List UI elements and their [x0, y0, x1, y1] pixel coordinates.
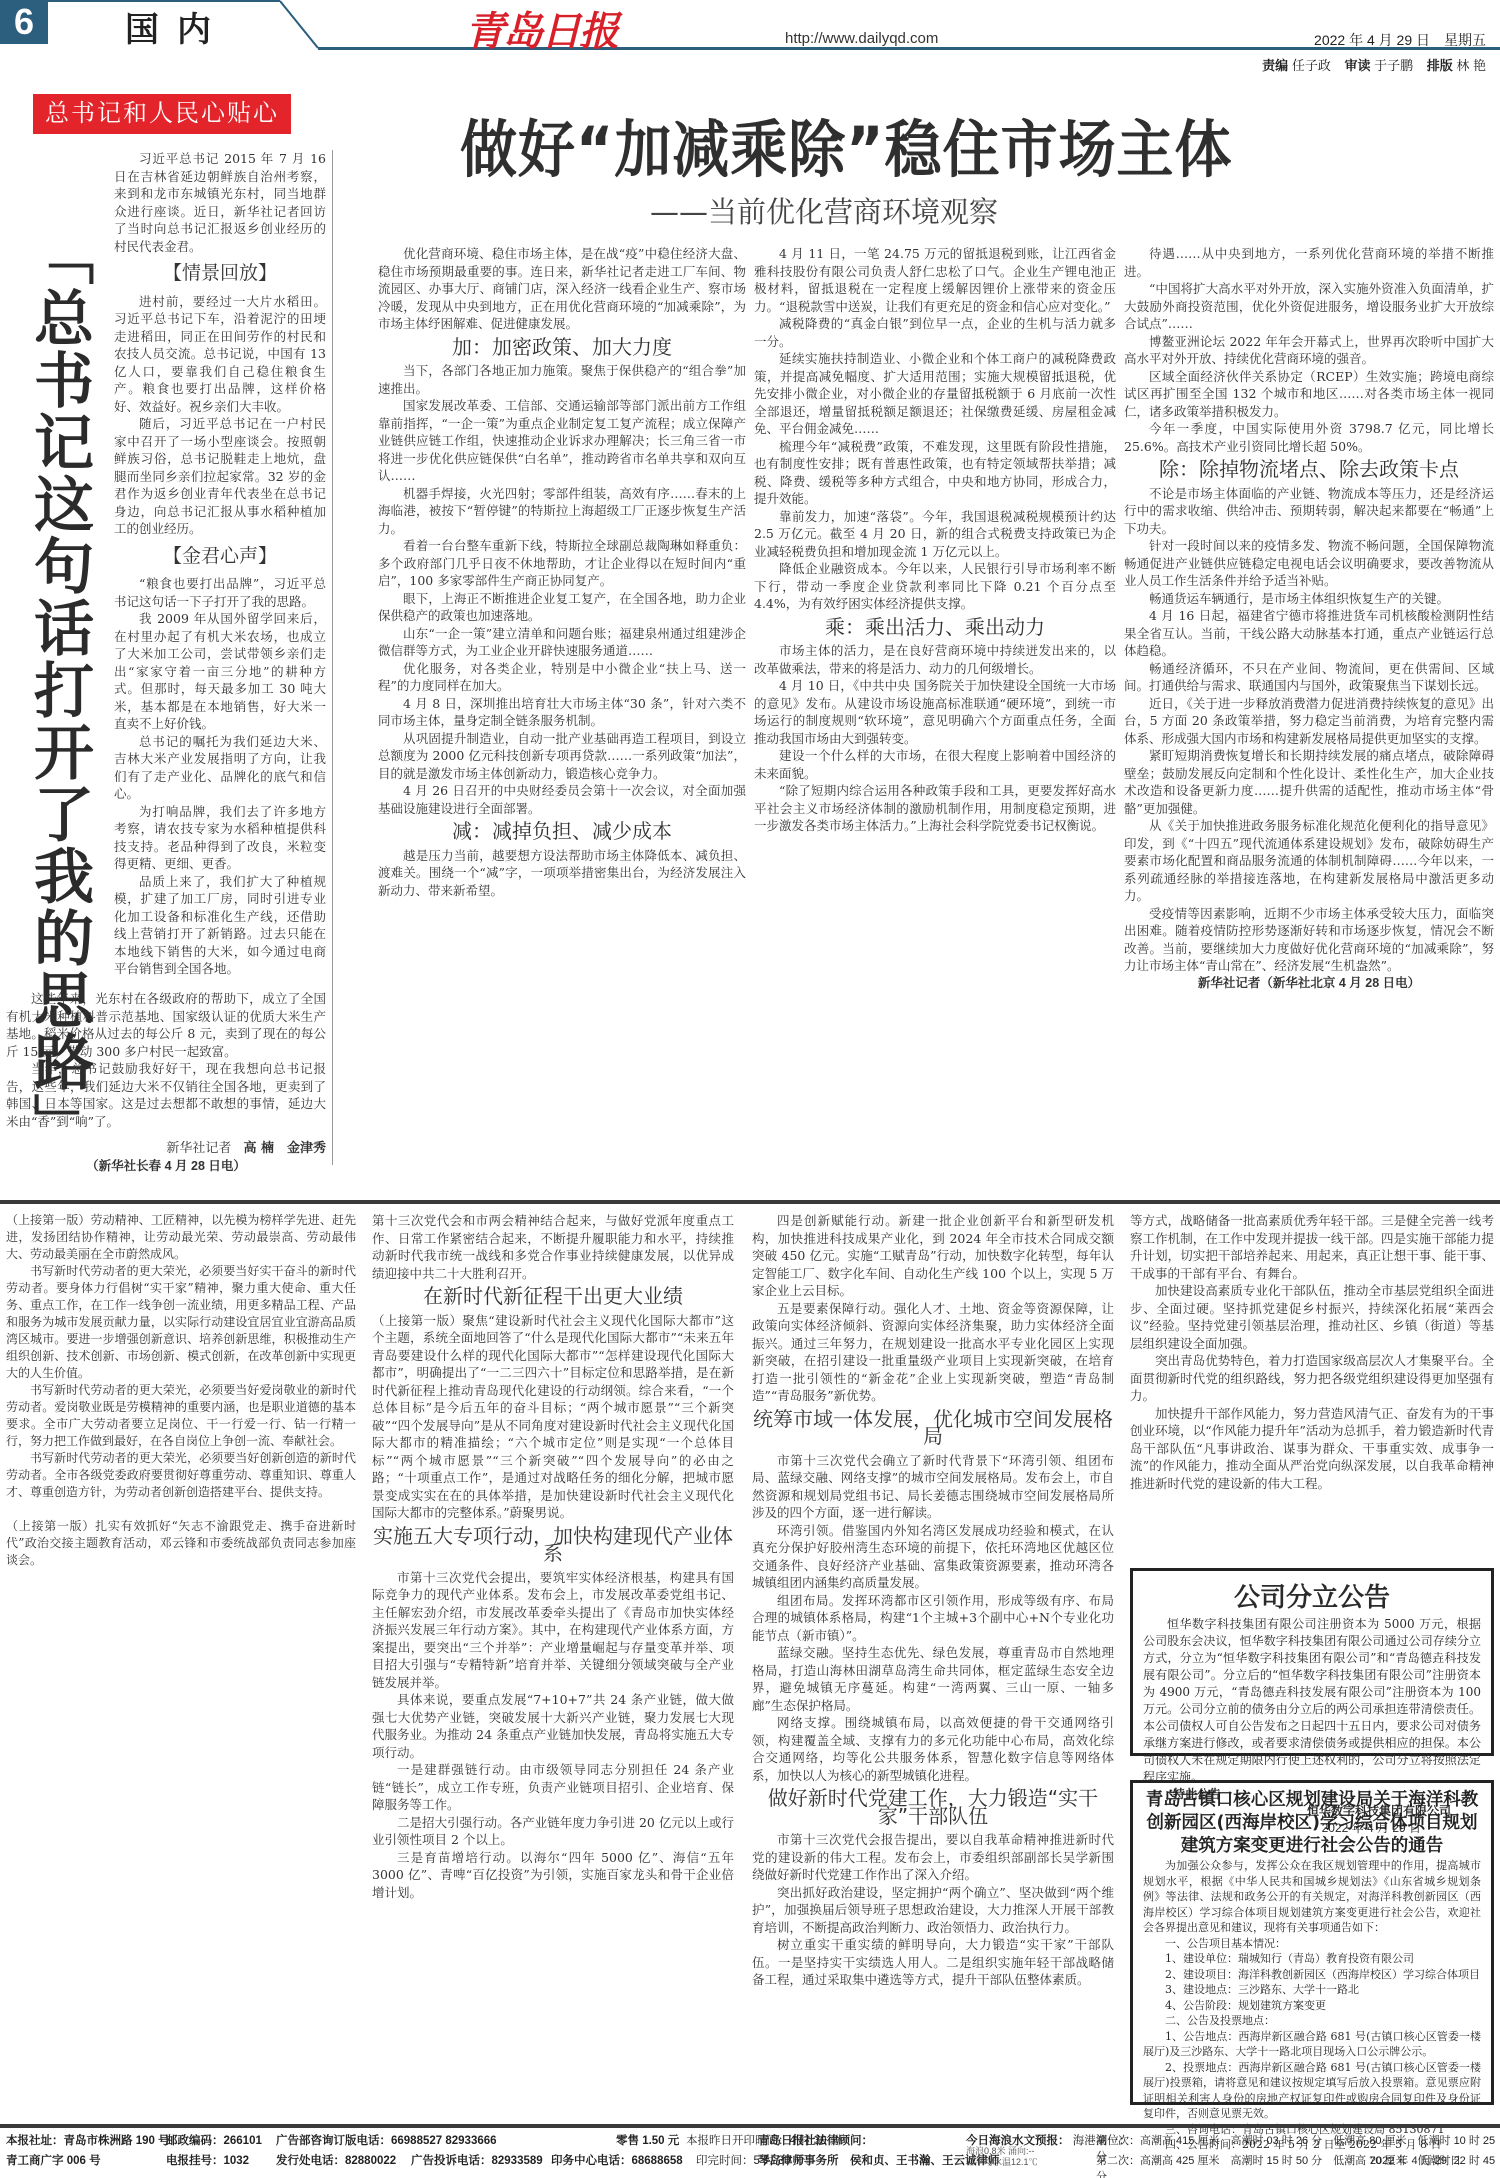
paragraph: 二是招大引强行动。各产业链年度力争引进 20 亿元以上或行业引领性项目 2 个以… [372, 1814, 734, 1849]
paragraph: 待遇……从中央到地方，一系列优化营商环境的举措不断推进。 [1124, 245, 1494, 280]
paragraph: 山东“一企一策”建立清单和问题台账；福建泉州通过组建涉企微信群等方式，为工业企业… [378, 625, 746, 660]
layout-name: 林 艳 [1456, 58, 1486, 73]
paragraph: 畅通货运车辆通行，是市场主体组织恢复生产的关键。 [1124, 590, 1494, 608]
page-number: 6 [0, 0, 48, 44]
paragraph: 组团布局。发挥环湾都市区引领作用，形成等级有序、布局合理的城镇体系格局，构建“1… [752, 1592, 1114, 1645]
footer-legal-label: 青岛日报社法律顾问： [758, 2135, 873, 2147]
paragraph: “中国将扩大高水平对外开放，深入实施外资准入负面清单，扩大鼓励外商投资范围，优化… [1124, 280, 1494, 333]
reviewer-name: 于子鹏 [1374, 58, 1413, 73]
lower-col-1: （上接第一版）劳动精神、工匠精神，以先模为榜样学先进、赶先进，发扬团结协作精神，… [6, 1212, 356, 1569]
subheading: 统筹市域一体发展，优化城市空间发展格局 [752, 1411, 1114, 1446]
paragraph: 蓝绿交融。坚持生态优先、绿色发展，尊重青岛市自然地理格局，打造山海林田湖草岛湾生… [752, 1644, 1114, 1714]
footer-printing-phone: 印务中心电话：68688658 [551, 2155, 683, 2167]
paragraph: 书写新时代劳动者的更大荣光，必须要当好爱岗敬业的新时代劳动者。爱岗敬业既是劳模精… [6, 1382, 356, 1450]
feature-section2-title: 【金君心声】 [114, 548, 326, 566]
paragraph: 畅通经济循环，不只在产业间、物流间，更在供需间、区域间。打通供给与需求、联通国内… [1124, 660, 1494, 695]
footer-postcode: 邮政编码：266101 [166, 2135, 262, 2147]
planning-notice: 青岛古镇口核心区规划建设局关于海洋科教创新园区(西海岸校区)学习综合体项目规划建… [1130, 1780, 1494, 2105]
paragraph: “粮食也要打出品牌”，习近平总书记这句话一下子打开了我的思路。 [114, 575, 326, 610]
newspaper-logo: 青岛日报 [465, 0, 617, 57]
paragraph: 紧盯短期消费恢复增长和长期持续发展的痛点堵点，破除障碍壁垒；鼓励发展反向定制和个… [1124, 747, 1494, 817]
paragraph: 减税降费的“真金白银”到位早一点，企业的生机与活力就多一分。 [754, 315, 1116, 350]
notice-intro: 为加强公众参与，发挥公众在我区规划管理中的作用，提高城市规划水平，根据《中华人民… [1143, 1858, 1481, 1936]
notice-item: 1、公告地点：西海岸新区融合路 681 号(古镇口核心区管委一楼展厅)及三沙路东… [1143, 2029, 1481, 2060]
main-subheadline: ——当前优化营商环境观察 [650, 190, 998, 231]
paragraph: 区域全面经济伙伴关系协定（RCEP）生效实施；跨境电商综试区再扩围至全国 132… [1124, 368, 1494, 421]
paragraph: 突出抓好政治建设，坚定拥护“两个确立”、坚决做到“两个维护”，加强换届后领导班子… [752, 1884, 1114, 1937]
paragraph: 市第十三次党代会确立了新时代背景下“环湾引领、组团布局、蓝绿交融、网络支撑”的城… [752, 1452, 1114, 1522]
notice-item: 4、公告阶段：规划建筑方案变更 [1143, 1998, 1481, 2014]
paragraph: 树立重实干重实绩的鲜明导向，大力锻造“实干家”干部队伍。一是坚持实干实绩选人用人… [752, 1936, 1114, 1989]
website-url[interactable]: http://www.dailyqd.com [785, 30, 938, 47]
paragraph: 进村前，要经过一大片水稻田。习近平总书记下车，沿着泥泞的田埂走进稻田，同正在田间… [114, 293, 326, 416]
paragraph: 书写新时代劳动者的更大荣光，必须要当好创新创造的新时代劳动者。全市各级党委政府要… [6, 1450, 356, 1501]
notice-title: 青岛古镇口核心区规划建设局关于海洋科教创新园区(西海岸校区)学习综合体项目规划建… [1143, 1789, 1481, 1858]
paragraph: 为打响品牌，我们去了许多地方考察，请农技专家为水稻种植提供科技支持。老品种得到了… [114, 803, 326, 873]
paragraph: 看着一台台整车重新下线，特斯拉全球副总裁陶琳如释重负：多个政府部门几乎日夜不休地… [378, 537, 746, 590]
paragraph: 梳理今年“减税费”政策，不难发现，这里既有阶段性措施，也有制度性安排；既有普惠性… [754, 438, 1116, 508]
paragraph: 第十三次党代会和市两会精神结合起来，与做好党派年度重点工作、日常工作紧密结合起来… [372, 1212, 734, 1282]
paragraph: 针对一段时间以来的疫情多发、物流不畅问题，全国保障物流畅通促进产业链供应链稳定电… [1124, 537, 1494, 590]
paragraph: 今年一季度，中国实际使用外资 3798.7 亿元，同比增长 25.6%。高技术产… [1124, 420, 1494, 455]
paragraph: 书写新时代劳动者的更大荣光，必须要当好实干奋斗的新时代劳动者。要身体力行倡树“实… [6, 1263, 356, 1382]
paragraph: 4 月 26 日召开的中央财经委员会第十一次会议，对全面加强基础设施建设进行全面… [378, 782, 746, 817]
main-headline: 做好“加减乘除”稳住市场主体 [460, 100, 1232, 189]
paragraph: 我 2009 年从国外留学回来后，在村里办起了有机大米农场，也成立了大米加工公司… [114, 610, 326, 733]
paragraph: 当下，各部门各地正加力施策。聚焦于保供稳产的“组合拳”加速推出。 [378, 362, 746, 397]
paragraph: 当年，总书记鼓励我好好干，现在我想向总书记报告，这些年，我们延边大米不仅销往全国… [6, 1060, 326, 1130]
feature-intro: 习近平总书记 2015 年 7 月 16 日在吉林省延边朝鲜族自治州考察，来到和… [114, 150, 326, 255]
lower-col-4: 等方式，战略储备一批高素质优秀年轻干部。三是健全完善一线考察工作机制，在工作中发… [1130, 1212, 1494, 1492]
column-tag: 总书记和人民心贴心 [33, 94, 291, 134]
paragraph: （上接第一版）劳动精神、工匠精神，以先模为榜样学先进、赶先进，发扬团结协作精神，… [6, 1212, 356, 1263]
feature-body-bottom: 这些年来，光东村在各级政府的帮助下，成立了全国有机大米种植科普示范基地、国家级认… [6, 990, 326, 1175]
paragraph: 降低企业融资成本。今年以来，人民银行引导市场利率不断下行，带动一季度企业贷款利率… [754, 560, 1116, 613]
paragraph: 机器手焊接，火光四射；零部件组装，高效有序……春末的上海临港，被按下“暂停键”的… [378, 485, 746, 538]
footer-telegraph: 电报挂号：1032 [166, 2155, 249, 2167]
reviewer-label: 审读 [1344, 58, 1370, 73]
paragraph: 环湾引领。借鉴国内外知名湾区发展成功经验和模式，在认真充分保护好胶州湾生态环境的… [752, 1522, 1114, 1592]
notice-item: 2、投票地点：西海岸新区融合路 681 号(古镇口核心区管委一楼展厅)投票箱，请… [1143, 2060, 1481, 2122]
paragraph: 从《关于加快推进政务服务标准化规范化便利化的指导意见》印发，到《“十四五”现代流… [1124, 817, 1494, 905]
paragraph: 国家发展改革委、工信部、交通运输部等部门派出前方工作组靠前指挥，“一企一策”为重… [378, 397, 746, 485]
subheading: 在新时代新征程干出更大业绩 [372, 1288, 734, 1306]
paragraph: 越是压力当前，越要想方设法帮助市场主体降低本、减负担、渡难关。围绕一个“减”字，… [378, 847, 746, 900]
feature-section1-title: 【情景回放】 [114, 265, 326, 283]
footer-distribution-phone: 发行处电话：82880022 [276, 2155, 396, 2167]
paragraph: 眼下，上海正不断推进企业复工复产，在全国各地，助力企业保供稳产的政策也加速落地。 [378, 590, 746, 625]
editor-name: 任子政 [1292, 58, 1331, 73]
subheading: 实施五大专项行动，加快构建现代产业体系 [372, 1528, 734, 1563]
paragraph: 加快提升干部作风能力，努力营造风清气正、奋发有为的干事创业环境，以“作风能力提升… [1130, 1405, 1494, 1493]
notice-body: 恒华数字科技集团有限公司注册资本为 5000 万元，根据公司股东会决议，恒华数字… [1143, 1616, 1481, 1786]
notice-item: 二、公告及投票地点： [1143, 2013, 1481, 2029]
paragraph: 近日，《关于进一步释放消费潜力促进消费持续恢复的意见》出台，5 方面 20 条政… [1124, 695, 1494, 748]
footer-water-temp: 日平均水温12.1℃ [966, 2157, 1038, 2168]
main-col-3: 待遇……从中央到地方，一系列优化营商环境的举措不断推进。 “中国将扩大高水平对外… [1124, 245, 1494, 992]
paragraph: 从巩固提升制造业，自动一批产业基础再造工程项目，到设立总额度为 2000 亿元科… [378, 730, 746, 783]
footer: 本报社址：青岛市株洲路 190 号 邮政编码：266101 广告部咨询订版电话：… [6, 2132, 1496, 2176]
paragraph: 三是育苗增培行动。以海尔“四年 5000 亿”、海信“五年 3000 亿”、青啤… [372, 1849, 734, 1902]
paragraph: 4 月 8 日，深圳推出培育壮大市场主体“30 条”，针对六类不同市场主体，量身… [378, 695, 746, 730]
footer-ad-phone: 广告部咨询订版电话：66988527 82933666 [276, 2135, 497, 2147]
paragraph: （上接第一版）聚焦“建设新时代社会主义现代化国际大都市”这个主题，系统全面地回答… [372, 1312, 734, 1522]
layout-label: 排版 [1427, 58, 1453, 73]
paragraph: 五是要素保障行动。强化人才、土地、资金等资源保障，让政策向实体经济倾斜、资源向实… [752, 1300, 1114, 1405]
paragraph: 延续实施扶持制造业、小微企业和个体工商户的减税降费政策，并提高减免幅度、扩大适用… [754, 350, 1116, 438]
notice-item: 1、建设单位：瑞城知行（青岛）教育投资有限公司 [1143, 1951, 1481, 1967]
lower-col-3: 四是创新赋能行动。新建一批企业创新平台和新型研发机构，加快推进科技成果产业化，到… [752, 1212, 1114, 1989]
notice-item: 一、公告项目基本情况： [1143, 1936, 1481, 1952]
subheading: 做好新时代党建工作，大力锻造“实干家”干部队伍 [752, 1790, 1114, 1825]
byline-label: 新华社记者 [166, 1141, 231, 1156]
paragraph: 突出青岛优势特色，着力打造国家级高层次人才集聚平台。全面贯彻新时代党的组织路线，… [1130, 1352, 1494, 1405]
paragraph: 博鳌亚洲论坛 2022 年年会开幕式上，世界再次聆听中国扩大高水平对外开放、持续… [1124, 333, 1494, 368]
notice-title: 公司分立公告 [1143, 1577, 1481, 1614]
main-col-2: 4 月 11 日，一笔 24.75 万元的留抵退税到账，让江西省金雅科技股份有限… [754, 245, 1116, 835]
section-title: 国内 [125, 2, 229, 51]
subheading-subtract: 减：减掉负担、减少成本 [378, 823, 746, 841]
notice-item: 3、建设地点：三沙路东、大学十一路北 [1143, 1982, 1481, 1998]
footer-divider [0, 2124, 1500, 2128]
company-split-notice: 公司分立公告 恒华数字科技集团有限公司注册资本为 5000 万元，根据公司股东会… [1130, 1568, 1494, 1756]
paragraph: 建设一个什么样的大市场，在很大程度上影响着中国经济的未来面貌。 [754, 747, 1116, 782]
lower-col-2: 第十三次党代会和市两会精神结合起来，与做好党派年度重点工作、日常工作紧密结合起来… [372, 1212, 734, 1901]
paragraph: 这些年来，光东村在各级政府的帮助下，成立了全国有机大米种植科普示范基地、国家级认… [6, 990, 326, 1060]
paragraph: 优化服务，对各类企业，特别是中小微企业“扶上马、送一程”的力度同样在加大。 [378, 660, 746, 695]
section-divider [0, 1200, 1500, 1204]
paragraph: 受疫情等因素影响，近期不少市场主体承受较大压力，面临突出困难。随着疫情防控形势逐… [1124, 905, 1494, 975]
paragraph: 加快建设高素质专业化干部队伍，推动全市基层党组织全面进步、全面过硬。坚持抓党建促… [1130, 1282, 1494, 1352]
paragraph: 品质上来了，我们扩大了种植规模，扩建了加工厂房，同时引进专业化加工设备和标准化生… [114, 873, 326, 978]
feature-byline: 新华社记者 高 楠 金津秀 [6, 1140, 326, 1158]
paragraph: 市场主体的活力，是在良好营商环境中持续迸发出来的，以改革做乘法，带来的将是活力、… [754, 642, 1116, 677]
paragraph: 一是建群强链行动。由市级领导同志分别担任 24 条产业链“链长”，成立工作专班，… [372, 1761, 734, 1814]
paragraph: （上接第一版）扎实有效抓好“矢志不渝跟党走、携手奋进新时代”政治交接主题教育活动… [6, 1518, 356, 1569]
byline-names: 高 楠 金津秀 [243, 1141, 326, 1156]
masthead-diagonal [280, 0, 340, 50]
footer-tide-2: 第二次：高潮高 425 厘米 高潮时 15 时 50 分 低潮高 70 厘米 低… [1096, 2152, 1496, 2178]
footer-complaint-phone: 广告投诉电话：82933589 [411, 2155, 543, 2167]
footer-legal-firm: 琴岛律师事务所 侯和贞、王书瀚、王云诚律师 [758, 2155, 1000, 2167]
paragraph: 总书记的嘱托为我们延边大米、吉林大米产业发展指明了方向，让我们有了走产业化、品牌… [114, 733, 326, 803]
footer-wave: 海浪0.8米 涌向:-- [966, 2146, 1038, 2157]
paragraph: 等方式，战略储备一批高素质优秀年轻干部。三是健全完善一线考察工作机制，在工作中发… [1130, 1212, 1494, 1282]
paragraph: 随后，习近平总书记在一户村民家中召开了一场小型座谈会。按照朝鲜族习俗，总书记脱鞋… [114, 415, 326, 538]
paragraph: 4 月 10 日，《中共中央 国务院关于加快建设全国统一大市场的意见》发布。从建… [754, 677, 1116, 747]
paragraph: 具体来说，要重点发展“7+10+7”共 24 条产业链，做大做强七大优势产业链，… [372, 1691, 734, 1761]
paragraph: 优化营商环境、稳住市场主体，是在战“疫”中稳住经济大盘、稳住市场预期最重要的事。… [378, 245, 746, 333]
footer-license: 青工商广字 006 号 [6, 2155, 101, 2167]
feature-dateline: （新华社长春 4 月 28 日电） [6, 1158, 326, 1176]
editor-credits: 责编 任子政 审读 于子鹏 排版 林 艳 [1252, 55, 1486, 74]
editor-label: 责编 [1262, 58, 1288, 73]
subheading-multiply: 乘：乘出活力、乘出动力 [754, 619, 1116, 637]
subheading-add: 加：加密政策、加大力度 [378, 339, 746, 357]
footer-price: 零售 1.50 元 [616, 2135, 679, 2147]
paragraph: 4 月 16 日起，福建省宁德市将推进货车司机核酸检测阴性结果全省互认。当前，干… [1124, 607, 1494, 660]
issue-date: 2022 年 4 月 29 日 星期五 [1314, 30, 1486, 50]
main-byline: 新华社记者（新华社北京 4 月 28 日电） [1124, 975, 1494, 993]
footer-address: 本报社址：青岛市株洲路 190 号 [6, 2135, 170, 2147]
main-col-1: 优化营商环境、稳住市场主体，是在战“疫”中稳住经济大盘、稳住市场预期最重要的事。… [378, 245, 746, 899]
column-divider [332, 150, 333, 1165]
paragraph: 市第十三次党代会报告提出，要以自我革命精神推进新时代党的建设新的伟大工程。发布会… [752, 1831, 1114, 1884]
notice-item: 2、建设项目：海洋科教创新园区（西海岸校区）学习综合体项目 [1143, 1967, 1481, 1983]
paragraph: 靠前发力，加速“落袋”。今年，我国退税减税规模预计约达 2.5 万亿元。截至 4… [754, 508, 1116, 561]
paragraph: “除了短期内综合运用各种政策手段和工具，更要发挥好高水平社会主义市场经济体制的激… [754, 782, 1116, 835]
subheading-divide: 除：除掉物流堵点、除去政策卡点 [1124, 461, 1494, 479]
paragraph: 不论是市场主体面临的产业链、物流成本等压力，还是经济运行中的需求收缩、供给冲击、… [1124, 485, 1494, 538]
paragraph: 四是创新赋能行动。新建一批企业创新平台和新型研发机构，加快推进科技成果产业化，到… [752, 1212, 1114, 1300]
paragraph: 4 月 11 日，一笔 24.75 万元的留抵退税到账，让江西省金雅科技股份有限… [754, 245, 1116, 315]
paragraph: 市第十三次党代会提出，要筑牢实体经济根基，构建具有国际竞争力的现代产业体系。发布… [372, 1569, 734, 1692]
paragraph: 网络支撑。围绕城镇布局，以高效便捷的骨干交通网络引领，构建覆盖全域、支撑有力的多… [752, 1714, 1114, 1784]
feature-body-top: 习近平总书记 2015 年 7 月 16 日在吉林省延边朝鲜族自治州考察，来到和… [114, 150, 326, 978]
